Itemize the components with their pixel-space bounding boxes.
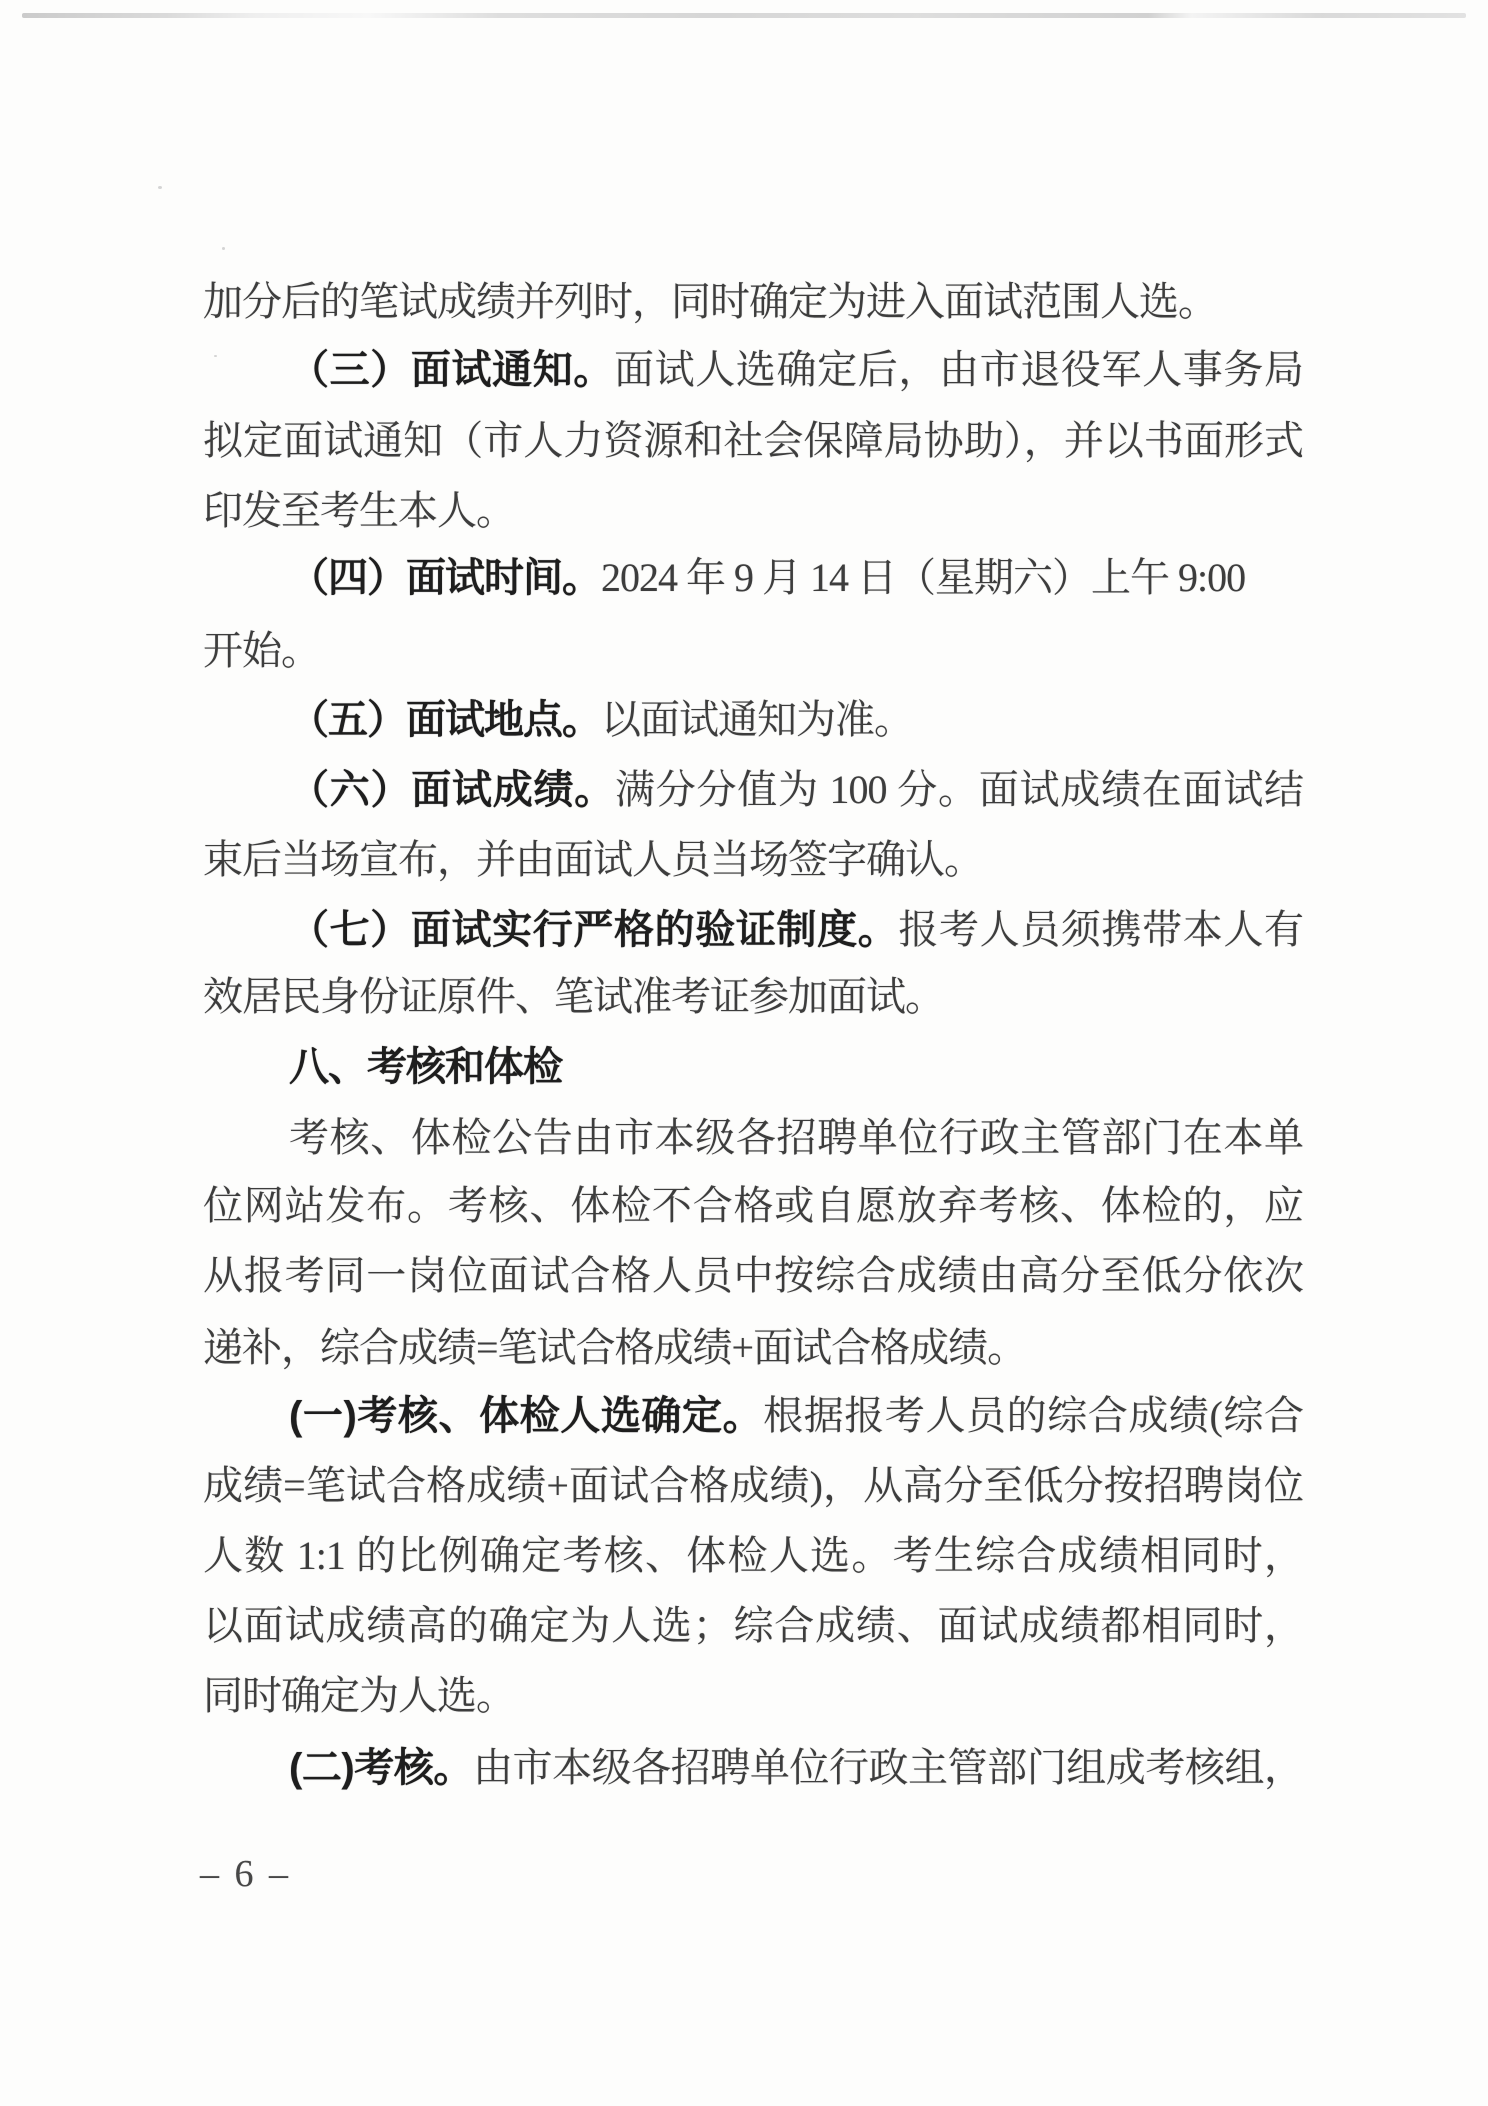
text-run: 以面试成绩高的确定为人选；综合成绩、面试成绩都相同时， <box>203 1603 1303 1648</box>
text-line-16: 递补，综合成绩=笔试合格成绩+面试合格成绩。 <box>203 1325 1026 1371</box>
bold-run: （四）面试时间。 <box>289 556 601 600</box>
text-line-09: 束后当场宣布，并由面试人员当场签字确认。 <box>203 837 983 883</box>
scan-speck <box>222 247 225 250</box>
text-run: 成绩=笔试合格成绩+面试合格成绩)，从高分至低分按招聘岗位 <box>203 1463 1303 1508</box>
heading-run: 八、考核和体检 <box>289 1045 562 1089</box>
text-run: 加分后的笔试成绩并列时，同时确定为进入面试范围人选。 <box>203 279 1217 324</box>
text-line-02: （三）面试通知。面试人选确定后，由市退役军人事务局 <box>289 347 1303 393</box>
bold-run: （三）面试通知。 <box>289 348 614 392</box>
text-run: 人数 1:1 的比例确定考核、体检人选。考生综合成绩相同时， <box>203 1533 1303 1578</box>
bold-run: （七）面试实行严格的验证制度。 <box>289 908 898 952</box>
text-run: 面试人选确定后，由市退役军人事务局 <box>614 347 1303 392</box>
text-line-21: 同时确定为人选。 <box>203 1673 515 1719</box>
text-run: 满分分值为 100 分。面试成绩在面试结 <box>615 767 1303 812</box>
text-run: 印发至考生本人。 <box>203 488 515 533</box>
bold-run: (二)考核。 <box>289 1746 473 1790</box>
text-run: 位网站发布。考核、体检不合格或自愿放弃考核、体检的，应 <box>203 1183 1303 1228</box>
section-heading: 八、考核和体检 <box>289 1044 562 1090</box>
scan-speck <box>158 186 162 189</box>
text-line-01: 加分后的笔试成绩并列时，同时确定为进入面试范围人选。 <box>203 279 1217 325</box>
text-line-13: 考核、体检公告由市本级各招聘单位行政主管部门在本单 <box>289 1115 1303 1161</box>
text-run: 递补，综合成绩=笔试合格成绩+面试合格成绩。 <box>203 1325 1026 1370</box>
text-run: 开始。 <box>203 628 320 673</box>
text-run: 拟定面试通知（市人力资源和社会保障局协助），并以书面形式 <box>203 418 1303 463</box>
document-page: 加分后的笔试成绩并列时，同时确定为进入面试范围人选。 （三）面试通知。面试人选确… <box>0 0 1488 2106</box>
text-run: 根据报考人员的综合成绩(综合 <box>763 1393 1303 1438</box>
scan-artifact-line <box>22 13 1466 18</box>
text-line-20: 以面试成绩高的确定为人选；综合成绩、面试成绩都相同时， <box>203 1603 1303 1649</box>
text-line-07: （五）面试地点。以面试通知为准。 <box>289 697 913 743</box>
scan-speck <box>214 355 217 357</box>
text-line-06: 开始。 <box>203 628 320 674</box>
bold-run: （五）面试地点。 <box>289 698 601 742</box>
text-run: 以面试通知为准。 <box>601 697 913 742</box>
text-run: 从报考同一岗位面试合格人员中按综合成绩由高分至低分依次 <box>203 1253 1303 1298</box>
text-line-05: （四）面试时间。2024 年 9 月 14 日（星期六）上午 9:00 <box>289 555 1245 601</box>
text-run: 同时确定为人选。 <box>203 1673 515 1718</box>
page-number: – 6 – <box>200 1852 291 1896</box>
text-line-19: 人数 1:1 的比例确定考核、体检人选。考生综合成绩相同时， <box>203 1533 1303 1579</box>
text-line-03: 拟定面试通知（市人力资源和社会保障局协助），并以书面形式 <box>203 418 1303 464</box>
text-line-15: 从报考同一岗位面试合格人员中按综合成绩由高分至低分依次 <box>203 1253 1303 1299</box>
text-run: 考核、体检公告由市本级各招聘单位行政主管部门在本单 <box>289 1115 1303 1160</box>
text-run: 由市本级各招聘单位行政主管部门组成考核组， <box>473 1745 1303 1790</box>
text-line-17: (一)考核、体检人选确定。根据报考人员的综合成绩(综合 <box>289 1393 1303 1439</box>
bold-run: （六）面试成绩。 <box>289 768 615 812</box>
text-line-14: 位网站发布。考核、体检不合格或自愿放弃考核、体检的，应 <box>203 1183 1303 1229</box>
bold-run: (一)考核、体检人选确定。 <box>289 1394 763 1438</box>
text-run: 束后当场宣布，并由面试人员当场签字确认。 <box>203 837 983 882</box>
text-run: 效居民身份证原件、笔试准考证参加面试。 <box>203 974 944 1019</box>
text-line-11: 效居民身份证原件、笔试准考证参加面试。 <box>203 974 944 1020</box>
text-run: 报考人员须携带本人有 <box>898 907 1303 952</box>
text-line-08: （六）面试成绩。满分分值为 100 分。面试成绩在面试结 <box>289 767 1303 813</box>
text-line-10: （七）面试实行严格的验证制度。报考人员须携带本人有 <box>289 907 1303 953</box>
text-line-18: 成绩=笔试合格成绩+面试合格成绩)，从高分至低分按招聘岗位 <box>203 1463 1303 1509</box>
text-line-22: (二)考核。由市本级各招聘单位行政主管部门组成考核组， <box>289 1745 1303 1791</box>
text-line-04: 印发至考生本人。 <box>203 488 515 534</box>
text-run: 2024 年 9 月 14 日（星期六）上午 9:00 <box>601 555 1245 600</box>
